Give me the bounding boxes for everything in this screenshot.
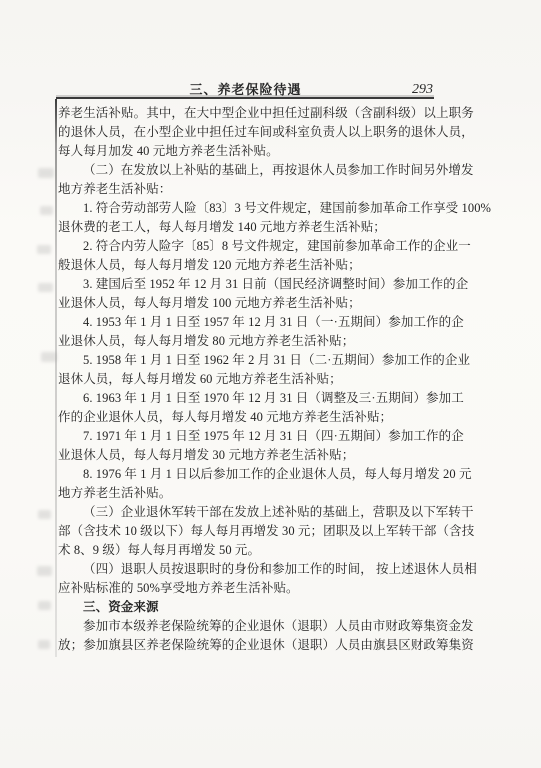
body-text-block: 养老生活补贴。其中，在大中型企业中担任过副科级（含副科级）以上职务 的退休人员，… (58, 104, 436, 655)
header-rule (56, 97, 434, 99)
text-line: 业退休人员，每人每月增发 100 元地方养老生活补贴； (58, 294, 436, 313)
text-line: 术 8、9 级）每人每月再增发 50 元。 (58, 541, 436, 560)
text-line: 4. 1953 年 1 月 1 日至 1957 年 12 月 31 日（一·五期… (58, 313, 436, 332)
text-line: 6. 1963 年 1 月 1 日至 1970 年 12 月 31 日（调整及三… (58, 389, 436, 408)
text-line: 2. 符合内劳人险字〔85〕8 号文件规定，建国前参加革命工作的企业一 (58, 237, 436, 256)
scan-smudge (40, 206, 53, 215)
page-number: 293 (370, 82, 433, 97)
text-line: 地方养老生活补贴。 (58, 484, 436, 503)
text-line: 地方养老生活补贴： (58, 180, 436, 199)
section-heading: 三、资金来源 (58, 598, 436, 617)
text-line: 参加市本级养老保险统筹的企业退休（退职）人员由市财政筹集资金发 (58, 617, 436, 636)
scan-smudge (38, 510, 51, 519)
scanned-book-page: 三、养老保险待遇 293 养老生活补贴。其中，在大中型企业中担任过副科级（含副科… (0, 0, 541, 768)
text-line: 3. 建国后至 1952 年 12 月 31 日前（国民经济调整时间）参加工作的… (58, 275, 436, 294)
text-line: 每人每月加发 40 元地方养老生活补贴。 (58, 142, 436, 161)
text-line: （二）在发放以上补贴的基础上，再按退休人员参加工作时间另外增发 (58, 161, 436, 180)
text-line: 应补贴标准的 50%享受地方养老生活补贴。 (58, 579, 436, 598)
text-line: 8. 1976 年 1 月 1 日以后参加工作的企业退休人员，每人每月增发 20… (58, 465, 436, 484)
text-line: 作的企业退休人员，每人每月增发 40 元地方养老生活补贴； (58, 408, 436, 427)
text-line: 1. 符合劳动部劳人险〔83〕3 号文件规定，建国前参加革命工作享受 100% (58, 199, 436, 218)
scan-smudge (38, 601, 51, 610)
scan-smudge (38, 640, 50, 649)
text-line: 7. 1971 年 1 月 1 日至 1975 年 12 月 31 日（四·五期… (58, 427, 436, 446)
text-line: 业退休人员，每人每月增发 80 元地方养老生活补贴； (58, 332, 436, 351)
scan-smudge (37, 566, 52, 576)
text-line: 部（含技术 10 级以下）每人每月再增发 30 元；团职及以上军转干部（含技 (58, 522, 436, 541)
text-line: （四）退职人员按退职时的身份和参加工作的时间， 按上述退休人员相 (58, 560, 436, 579)
text-line: 退休费的老工人，每人每月增发 140 元地方养老生活补贴； (58, 218, 436, 237)
scan-smudge (37, 245, 51, 254)
scan-edge-artifact (55, 99, 57, 657)
text-line: 放；参加旗县区养老保险统筹的企业退休（退职）人员由旗县区财政筹集资 (58, 636, 436, 655)
text-line: 业退休人员，每人每月增发 30 元地方养老生活补贴； (58, 446, 436, 465)
scan-smudge (38, 168, 54, 178)
text-line: 般退休人员，每人每月增发 120 元地方养老生活补贴； (58, 256, 436, 275)
text-line: 的退休人员，在小型企业中担任过车间或科室负责人以上职务的退休人员， (58, 123, 436, 142)
text-line: 退休人员，每人每月增发 60 元地方养老生活补贴； (58, 370, 436, 389)
scan-smudge (38, 283, 53, 292)
scan-smudge (41, 352, 57, 362)
text-line: （三）企业退休军转干部在发放上述补贴的基础上，营职及以下军转干 (58, 503, 436, 522)
text-line: 养老生活补贴。其中，在大中型企业中担任过副科级（含副科级）以上职务 (58, 104, 436, 123)
text-line: 5. 1958 年 1 月 1 日至 1962 年 2 月 31 日（二·五期间… (58, 351, 436, 370)
